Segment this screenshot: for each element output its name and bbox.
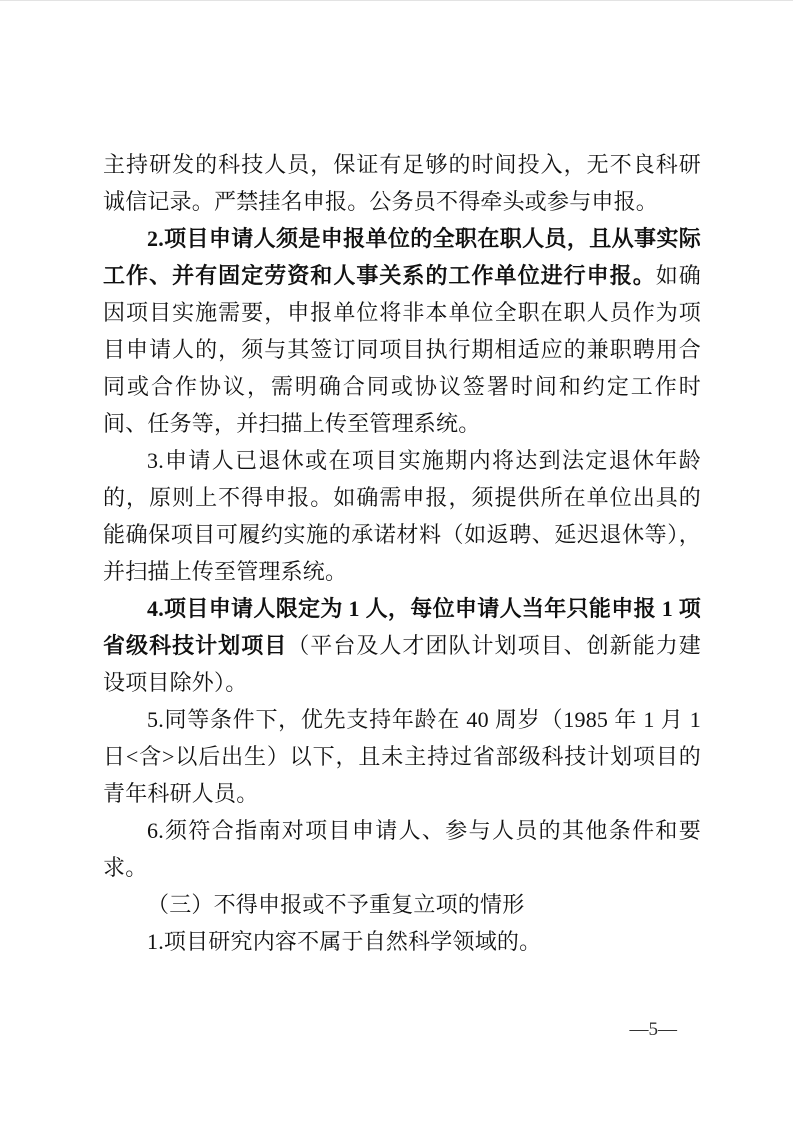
text-run: 如确因项目实施需要，申报单位将非本单位全职在职人员作为项目申请人的，须与其签订同… (103, 263, 701, 436)
page-top-edge (0, 0, 793, 1)
text-run: 6.须符合指南对项目申请人、参与人员的其他条件和要求。 (103, 818, 701, 880)
text-run: 主持研发的科技人员，保证有足够的时间投入，无不良科研诚信记录。严禁挂名申报。公务… (103, 152, 701, 214)
paragraph: 3.申请人已退休或在项目实施期内将达到法定退休年龄的，原则上不得申报。如确需申报… (103, 442, 701, 590)
paragraph: 6.须符合指南对项目申请人、参与人员的其他条件和要求。 (103, 812, 701, 886)
document-page: 主持研发的科技人员，保证有足够的时间投入，无不良科研诚信记录。严禁挂名申报。公务… (0, 0, 793, 1122)
paragraph: 2.项目申请人须是申报单位的全职在职人员，且从事实际工作、并有固定劳资和人事关系… (103, 220, 701, 442)
paragraph: 1.项目研究内容不属于自然科学领域的。 (103, 923, 701, 960)
paragraph: （三）不得申报或不予重复立项的情形 (103, 886, 701, 923)
text-run: 5.同等条件下，优先支持年龄在 40 周岁（1985 年 1 月 1 日<含>以… (103, 707, 701, 806)
text-run: （三）不得申报或不予重复立项的情形 (147, 892, 524, 917)
bold-text-run: 2.项目申请人须是申报单位的全职在职人员，且从事实际工作、并有固定劳资和人事关系… (103, 226, 701, 288)
text-run: 3.申请人已退休或在项目实施期内将达到法定退休年龄的，原则上不得申报。如确需申报… (103, 448, 701, 584)
paragraph: 5.同等条件下，优先支持年龄在 40 周岁（1985 年 1 月 1 日<含>以… (103, 701, 701, 812)
document-body: 主持研发的科技人员，保证有足够的时间投入，无不良科研诚信记录。严禁挂名申报。公务… (103, 146, 701, 960)
page-number-label: —5— (630, 1020, 678, 1039)
text-run: 1.项目研究内容不属于自然科学领域的。 (147, 929, 541, 954)
paragraph: 主持研发的科技人员，保证有足够的时间投入，无不良科研诚信记录。严禁挂名申报。公务… (103, 146, 701, 220)
paragraph: 4.项目申请人限定为 1 人，每位申请人当年只能申报 1 项省级科技计划项目（平… (103, 590, 701, 701)
